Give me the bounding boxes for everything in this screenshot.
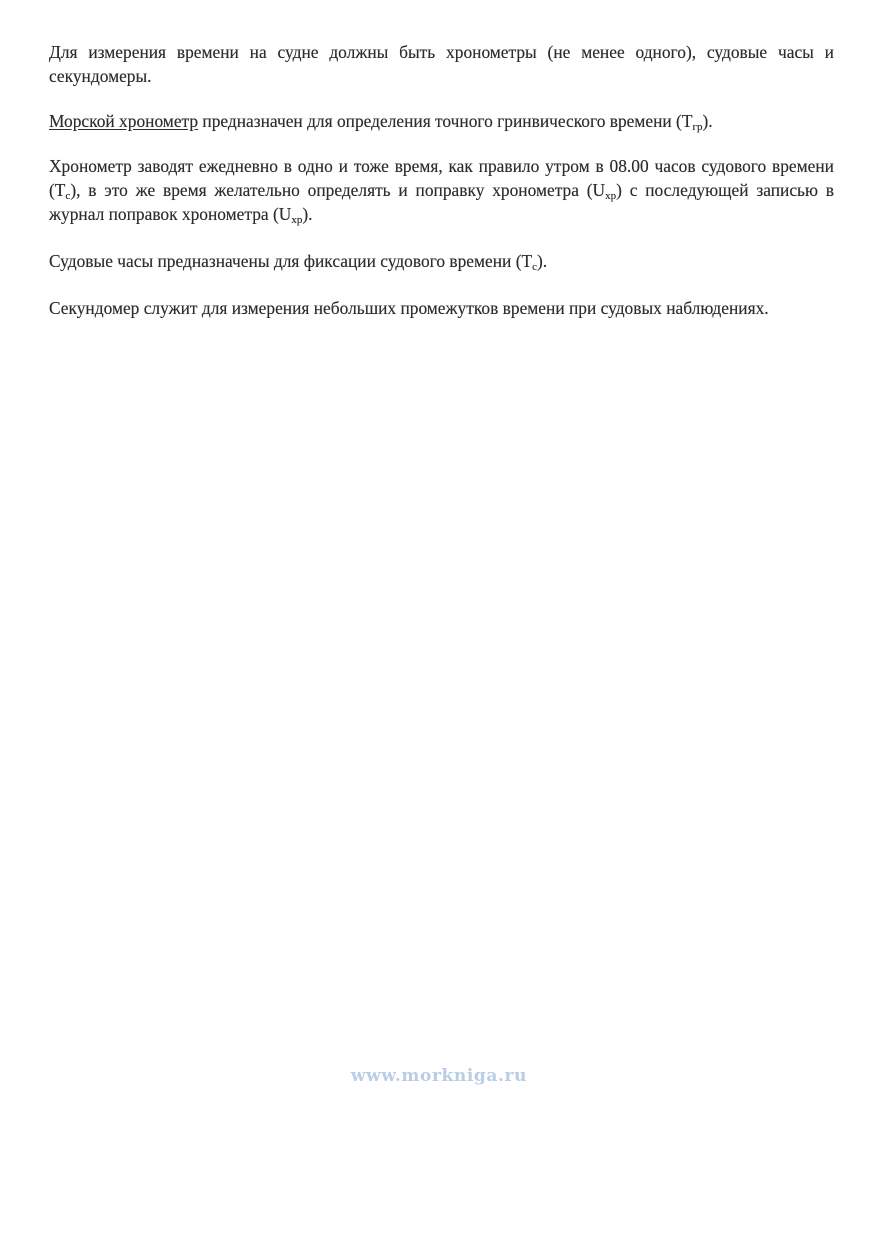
- paragraph-text: Для измерения времени на судне должны бы…: [49, 42, 834, 86]
- paragraph-text-4: ).: [302, 204, 312, 224]
- paragraph-time-instruments: Для измерения времени на судне должны бы…: [49, 40, 834, 88]
- paragraph-text: предназначен для определения точного гри…: [198, 111, 692, 131]
- watermark-text: www.morkniga.ru: [0, 1066, 878, 1086]
- paragraph-text-2: ), в это же время желательно определять …: [70, 180, 605, 200]
- subscript-hr: хр: [291, 214, 302, 226]
- paragraph-ship-clock: Судовые часы предназначены для фиксации …: [49, 249, 834, 273]
- paragraph-marine-chronometer: Морской хронометр предназначен для опред…: [49, 109, 834, 133]
- subscript-gr: гр: [692, 121, 702, 133]
- document-page: Для измерения времени на судне должны бы…: [49, 40, 834, 342]
- paragraph-chronometer-winding: Хронометр заводят ежедневно в одно и тож…: [49, 154, 834, 226]
- paragraph-text-end: ).: [703, 111, 713, 131]
- paragraph-text-end: ).: [537, 251, 547, 271]
- paragraph-text: Секундомер служит для измерения небольши…: [49, 298, 769, 318]
- term-marine-chronometer: Морской хронометр: [49, 111, 198, 131]
- subscript-hr: хр: [605, 190, 616, 202]
- paragraph-stopwatch: Секундомер служит для измерения небольши…: [49, 296, 834, 320]
- paragraph-text: Судовые часы предназначены для фиксации …: [49, 251, 532, 271]
